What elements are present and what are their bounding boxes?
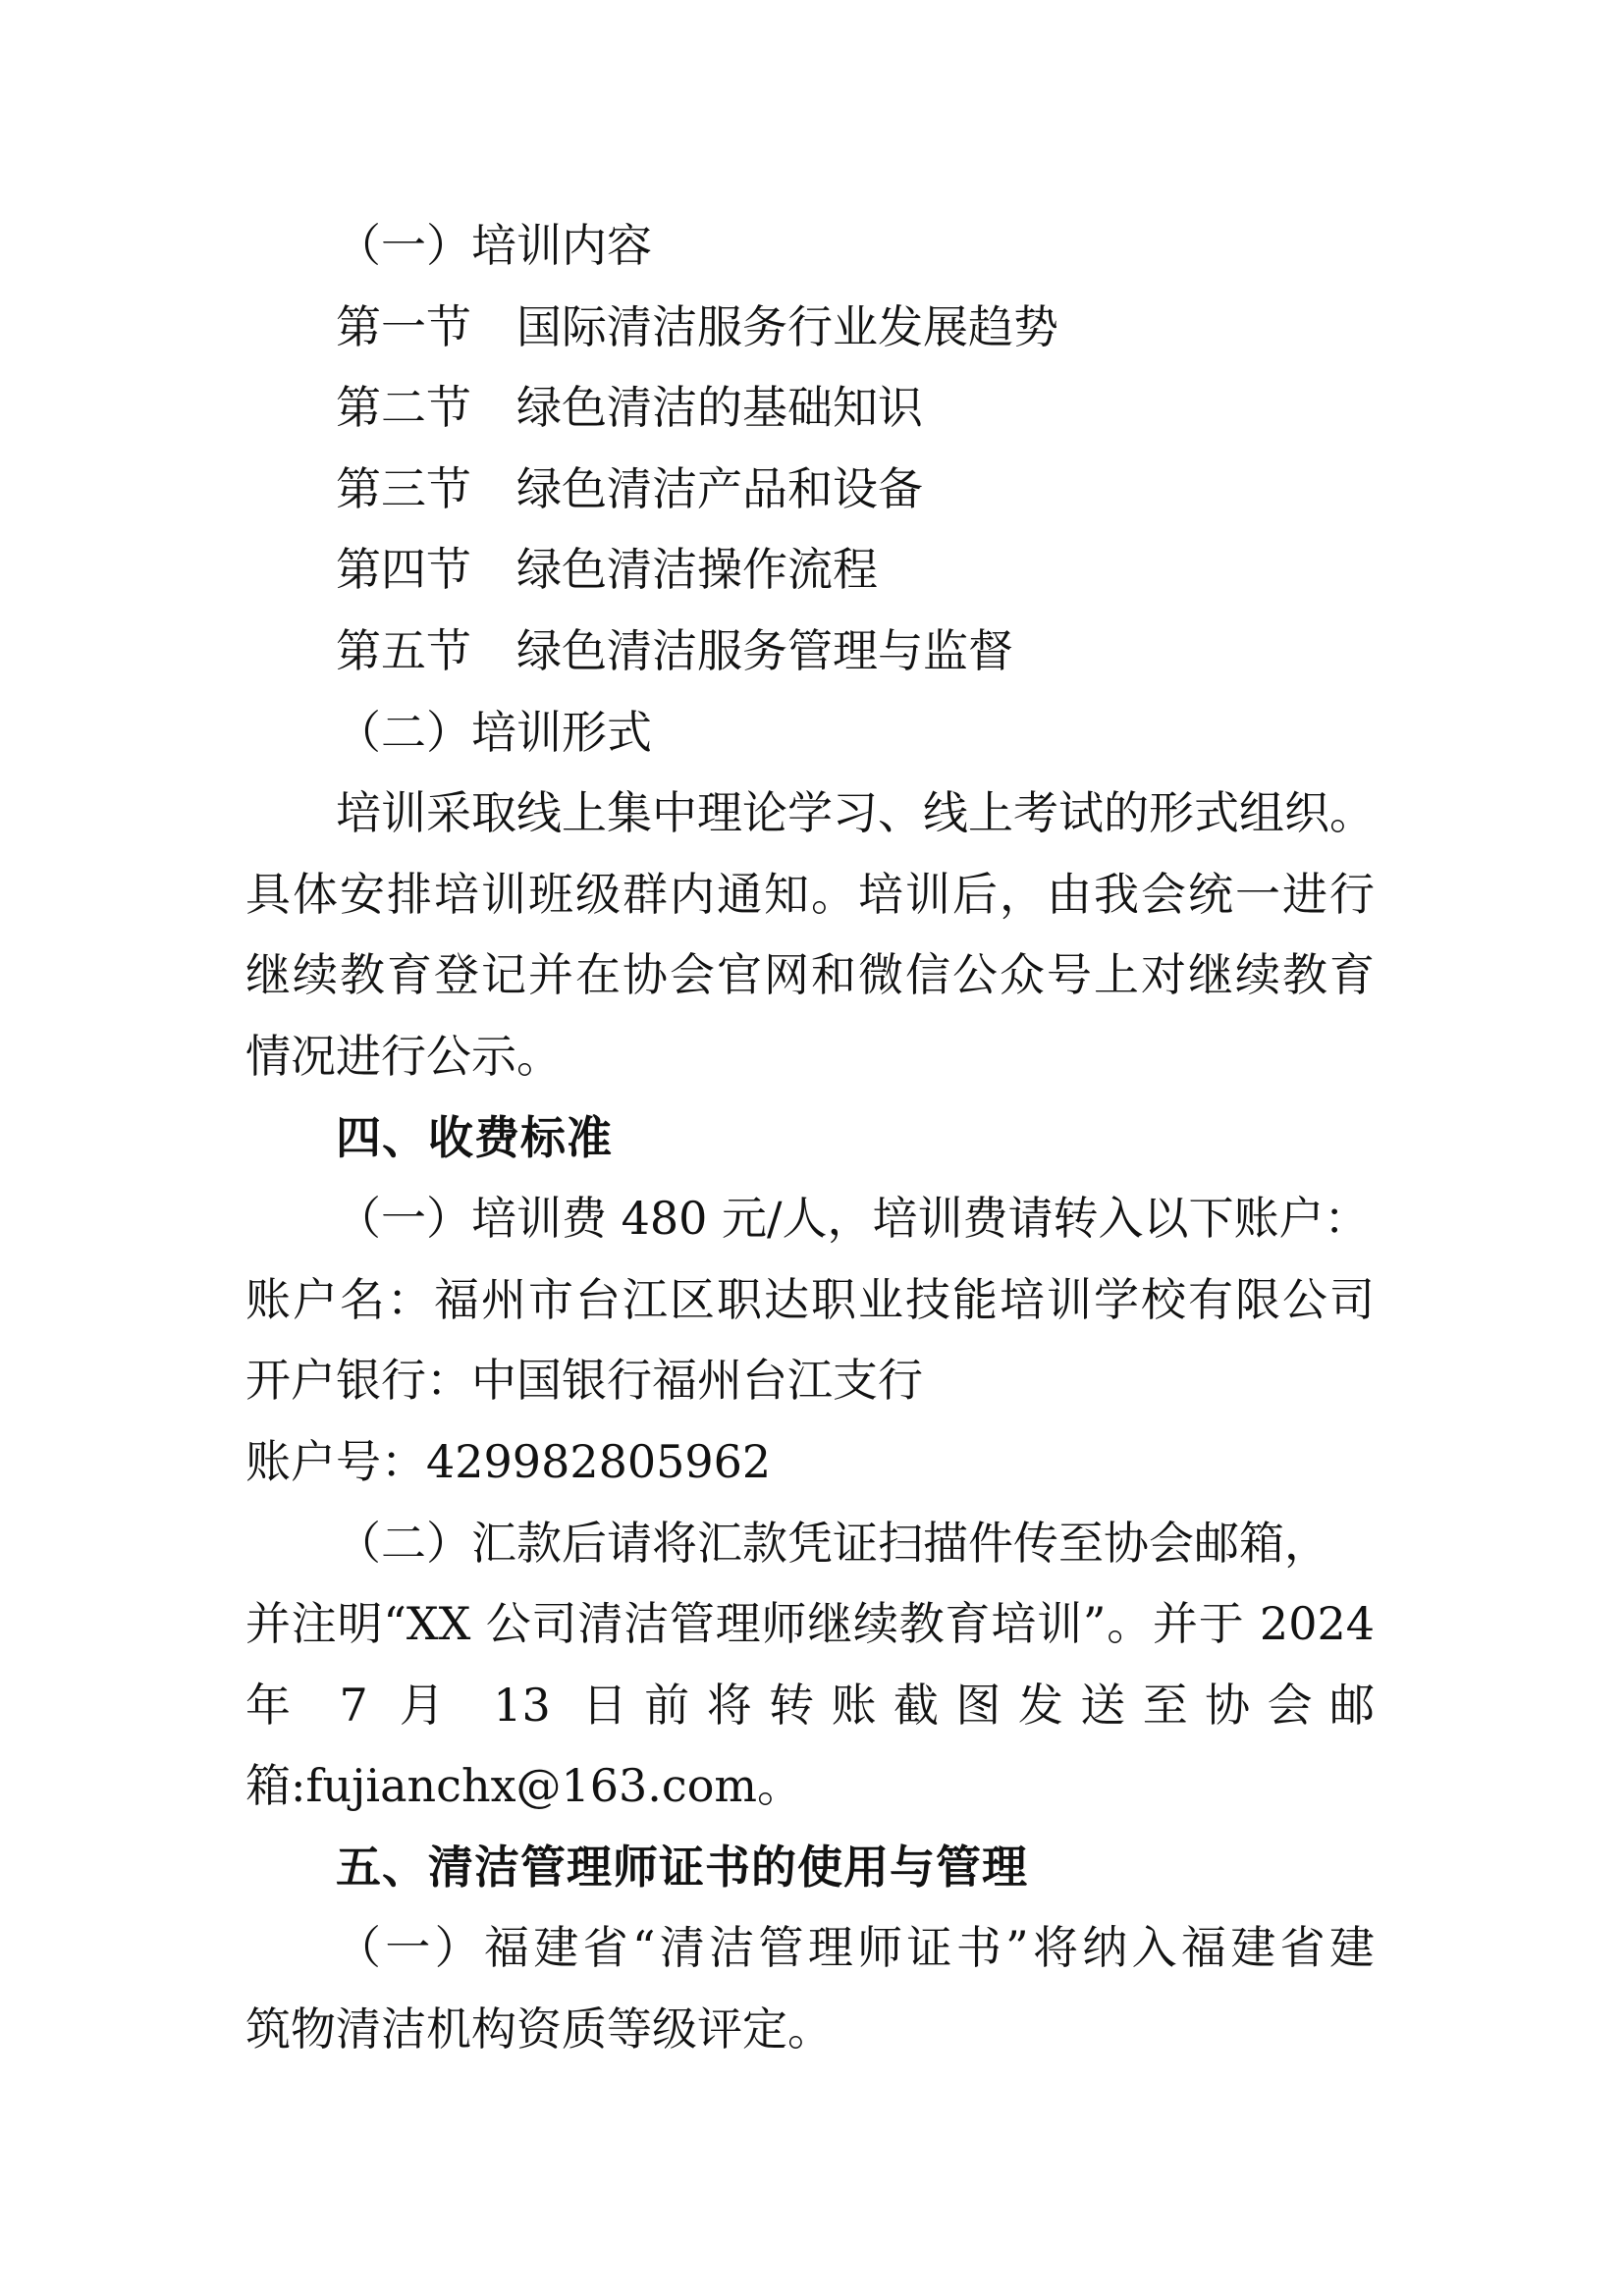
text-line: （一）福建省“清洁管理师证书”将纳入福建省建	[245, 1907, 1375, 1989]
text-line: 继续教育登记并在协会官网和微信公众号上对继续教育	[245, 934, 1375, 1016]
text-line: 开户银行：中国银行福州台江支行	[245, 1340, 1375, 1421]
section-heading-line: 五、清洁管理师证书的使用与管理	[245, 1827, 1375, 1908]
text-line: 第五节 绿色清洁服务管理与监督	[245, 611, 1375, 692]
text-line: 箱:fujianchx@163.com。	[245, 1745, 1375, 1827]
document-page: （一）培训内容第一节 国际清洁服务行业发展趋势第二节 绿色清洁的基础知识第三节 …	[0, 0, 1624, 2296]
text-line: 年 7 月 13 日前将转账截图发送至协会邮	[245, 1665, 1375, 1746]
text-line: 第三节 绿色清洁产品和设备	[245, 449, 1375, 530]
text-line: 账户号：429982805962	[245, 1421, 1375, 1503]
text-line: 培训采取线上集中理论学习、线上考试的形式组织。	[245, 773, 1375, 854]
text-line: 第一节 国际清洁服务行业发展趋势	[245, 287, 1375, 368]
text-line: 具体安排培训班级群内通知。培训后，由我会统一进行	[245, 854, 1375, 935]
section-heading-line: 四、收费标准	[245, 1097, 1375, 1179]
text-line: （二）培训形式	[245, 692, 1375, 774]
text-line: 情况进行公示。	[245, 1016, 1375, 1097]
text-line: 并注明“XX 公司清洁管理师继续教育培训”。并于 2024	[245, 1583, 1375, 1665]
text-line: 第二节 绿色清洁的基础知识	[245, 367, 1375, 449]
text-line: （二）汇款后请将汇款凭证扫描件传至协会邮箱，	[245, 1503, 1375, 1584]
text-line: 第四节 绿色清洁操作流程	[245, 529, 1375, 611]
document-text-block: （一）培训内容第一节 国际清洁服务行业发展趋势第二节 绿色清洁的基础知识第三节 …	[245, 205, 1375, 2070]
text-line: 账户名：福州市台江区职达职业技能培训学校有限公司	[245, 1259, 1375, 1341]
text-line: （一）培训内容	[245, 205, 1375, 287]
text-line: （一）培训费 480 元/人，培训费请转入以下账户：	[245, 1178, 1375, 1259]
text-line: 筑物清洁机构资质等级评定。	[245, 1989, 1375, 2070]
